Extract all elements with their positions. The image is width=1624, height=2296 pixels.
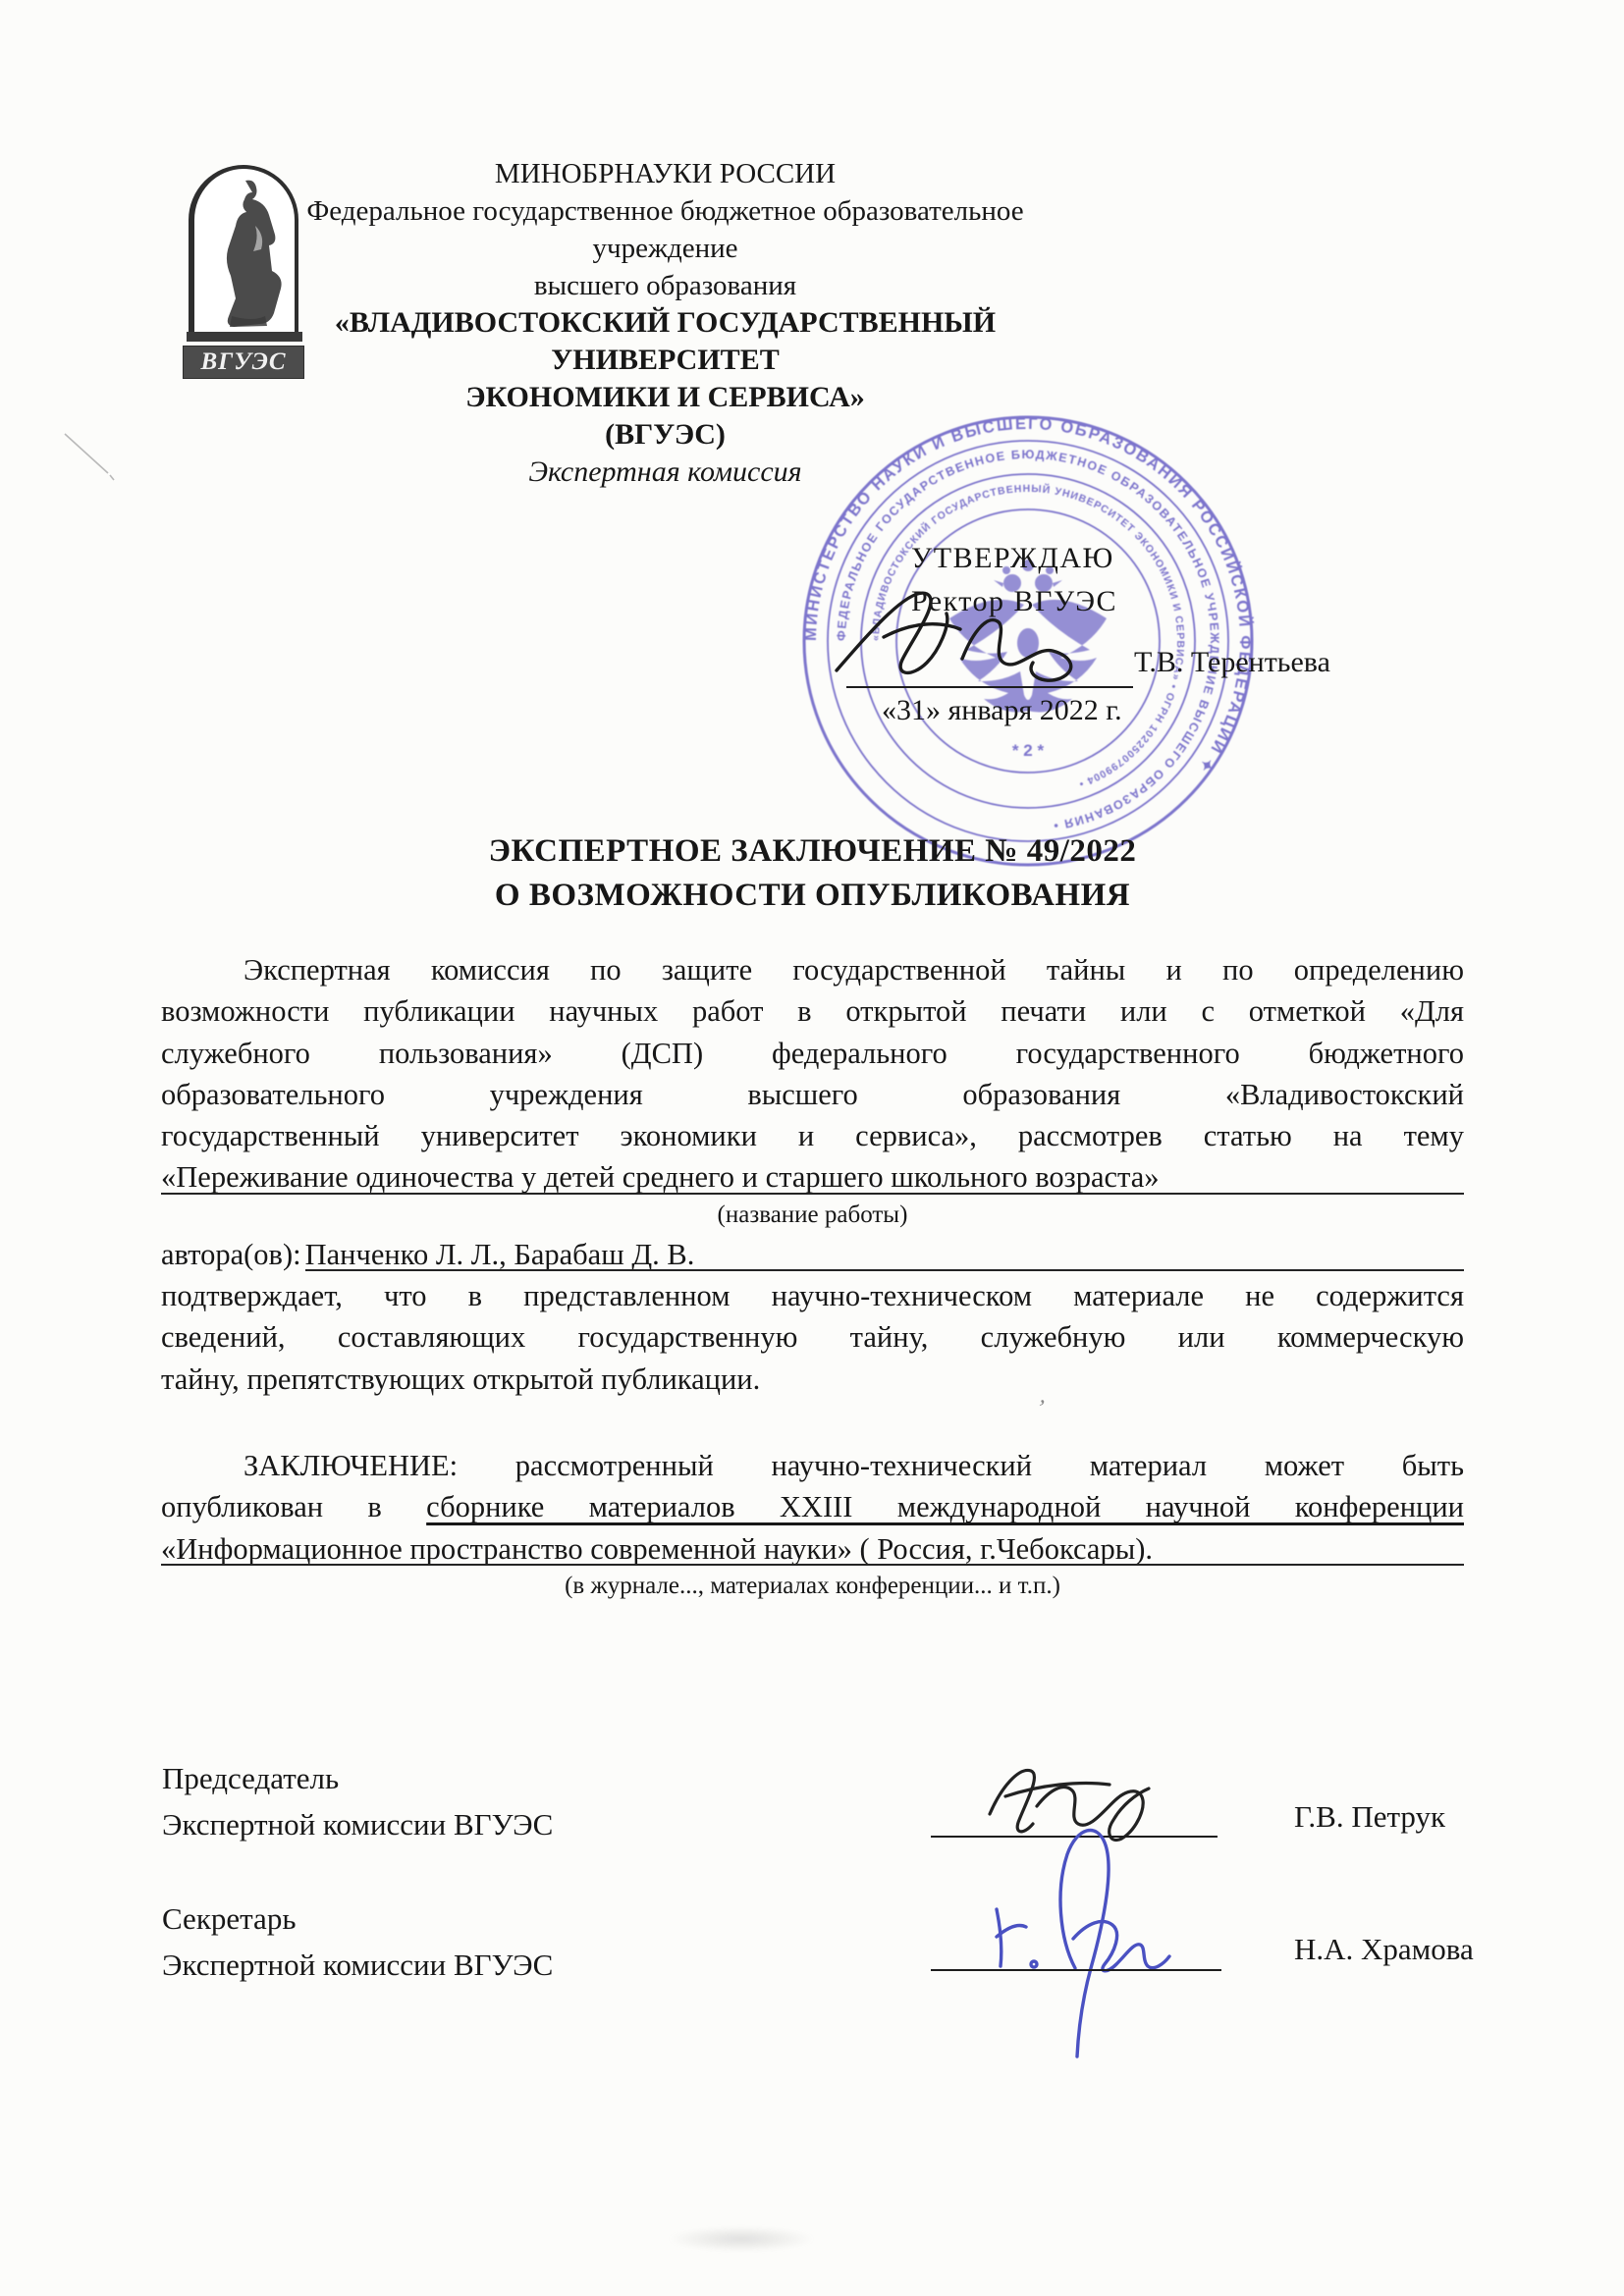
chairman-name: Г.В. Петрук: [1294, 1799, 1445, 1835]
document-title: ЭКСПЕРТНОЕ ЗАКЛЮЧЕНИЕ № 49/2022 О ВОЗМОЖ…: [161, 829, 1464, 918]
scan-scratch-artifact: [61, 430, 130, 489]
federal-line-2: высшего образования: [265, 267, 1065, 304]
conclusion-line-3: «Информационное пространство современной…: [161, 1528, 1464, 1570]
commission-line: Экспертная комиссия: [265, 454, 1065, 491]
authors-value: Панченко Л. Л., Барабаш Д. В.: [305, 1238, 695, 1271]
body-line: образовательного учреждения высшего обра…: [161, 1074, 1464, 1115]
secretary-role-line-1: Секретарь: [162, 1896, 553, 1942]
chairman-role-line-1: Председатель: [162, 1755, 553, 1801]
conclusion-venue-city: «Информационное пространство современной…: [161, 1532, 1153, 1566]
document-title-line-1: ЭКСПЕРТНОЕ ЗАКЛЮЧЕНИЕ № 49/2022: [161, 829, 1464, 874]
conclusion-caption: (в журнале..., материалах конференции...…: [161, 1570, 1464, 1605]
secretary-signature: [957, 1821, 1232, 2066]
university-line-1: «ВЛАДИВОСТОКСКИЙ ГОСУДАРСТВЕННЫЙ УНИВЕРС…: [265, 304, 1065, 379]
authors-line: автора(ов): Панченко Л. Л., Барабаш Д. В…: [161, 1234, 1464, 1275]
body-line: подтверждает, что в представленном научн…: [161, 1275, 1464, 1316]
body-line: Экспертная комиссия по защите государств…: [161, 949, 1464, 990]
document-page: ʼ ВГУЭС МИНОБРНАУКИ РОССИИ Федеральное г…: [0, 0, 1624, 2296]
authors-label: автора(ов):: [161, 1234, 305, 1275]
conclusion-line-2: опубликован в сборнике материалов XXIII …: [161, 1486, 1464, 1527]
body-line: государственный университет экономики и …: [161, 1115, 1464, 1156]
svg-text:ФЕДЕРАЛЬНОЕ ГОСУДАРСТВЕННОЕ БЮ: ФЕДЕРАЛЬНОЕ ГОСУДАРСТВЕННОЕ БЮДЖЕТНОЕ ОБ…: [835, 448, 1221, 832]
work-title: «Переживание одиночества у детей среднег…: [161, 1160, 1160, 1194]
chairman-signature-line: [931, 1836, 1218, 1838]
secretary-role-line-2: Экспертной комиссии ВГУЭС: [162, 1942, 553, 1988]
secretary-role: Секретарь Экспертной комиссии ВГУЭС: [162, 1896, 553, 1988]
seal-center-mark: * 2 *: [1012, 741, 1045, 760]
scan-smudge-artifact: [668, 2226, 815, 2252]
approval-signature-line: [846, 686, 1133, 688]
approve-position: Ректор ВГУЭС: [911, 580, 1117, 623]
work-title-line: «Переживание одиночества у детей среднег…: [161, 1156, 1464, 1198]
approval-date: «31» января 2022 г.: [882, 694, 1122, 727]
seal-inner-ring-text: «ВЛАДИВОСТОКСКИЙ ГОСУДАРСТВЕННЫЙ УНИВЕРС…: [870, 483, 1186, 790]
approval-block: УТВЕРЖДАЮ Ректор ВГУЭС: [911, 537, 1117, 623]
body-line: служебного пользования» (ДСП) федерально…: [161, 1033, 1464, 1074]
approve-label: УТВЕРЖДАЮ: [911, 537, 1117, 580]
body-line: сведений, составляющих государственную т…: [161, 1316, 1464, 1358]
paragraph-gap: [161, 1400, 1464, 1445]
body-line: тайну, препятствующих открытой публикаци…: [161, 1359, 1464, 1400]
rector-name: Т.В. Терентьева: [1134, 646, 1330, 679]
document-body: Экспертная комиссия по защите государств…: [161, 949, 1464, 1605]
university-line-2: ЭКОНОМИКИ И СЕРВИСА»: [265, 379, 1065, 416]
university-abbr: (ВГУЭС): [265, 416, 1065, 454]
svg-text:«ВЛАДИВОСТОКСКИЙ ГОСУДАРСТВЕНН: «ВЛАДИВОСТОКСКИЙ ГОСУДАРСТВЕННЫЙ УНИВЕРС…: [870, 483, 1186, 790]
letterhead: МИНОБРНАУКИ РОССИИ Федеральное государст…: [265, 155, 1065, 491]
secretary-signature-line: [931, 1969, 1221, 1971]
secretary-name: Н.А. Храмова: [1294, 1932, 1474, 1967]
conclusion-line-2-venue: сборнике материалов XXIII международной …: [426, 1490, 1464, 1523]
work-title-caption: (название работы): [161, 1199, 1464, 1234]
chairman-role: Председатель Экспертной комиссии ВГУЭС: [162, 1755, 553, 1847]
conclusion-line-1: ЗАКЛЮЧЕНИЕ: рассмотренный научно-техниче…: [161, 1445, 1464, 1486]
conclusion-line-2-prefix: опубликован в: [161, 1490, 426, 1523]
document-title-line-2: О ВОЗМОЖНОСТИ ОПУБЛИКОВАНИЯ: [161, 874, 1464, 918]
chairman-role-line-2: Экспертной комиссии ВГУЭС: [162, 1801, 553, 1847]
federal-line-1: Федеральное государственное бюджетное об…: [265, 192, 1065, 267]
seal-middle-ring-text: ФЕДЕРАЛЬНОЕ ГОСУДАРСТВЕННОЕ БЮДЖЕТНОЕ ОБ…: [835, 448, 1221, 832]
ministry-line: МИНОБРНАУКИ РОССИИ: [265, 155, 1065, 192]
chairman-signature: [962, 1749, 1227, 1847]
body-line: возможности публикации научных работ в о…: [161, 990, 1464, 1032]
